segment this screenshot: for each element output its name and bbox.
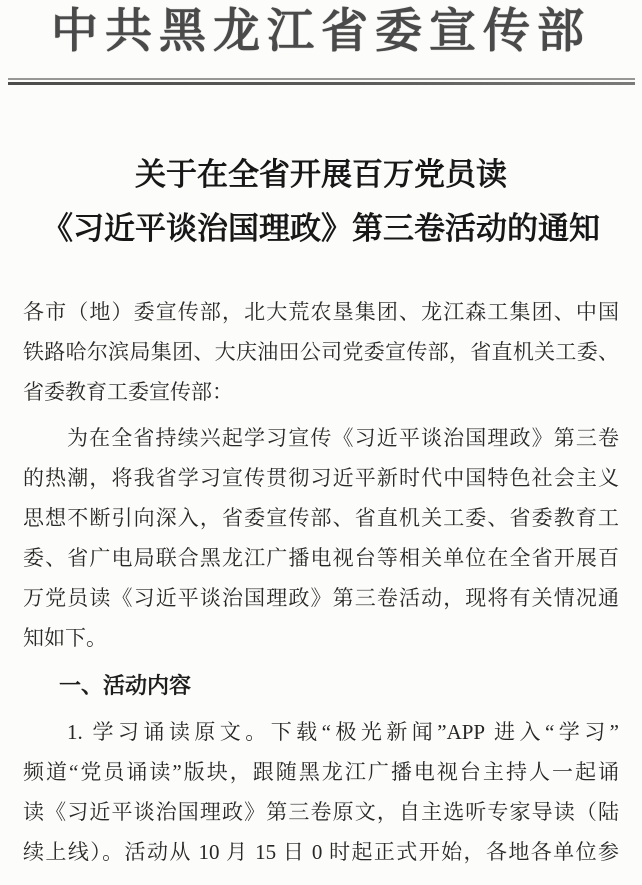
text-line: 续上线）。活动从 10 月 15 日 0 时起正式开始，各地各单位参: [23, 832, 619, 872]
text-line: 委、省广电局联合黑龙江广播电视台等相关单位在全省开展百: [23, 538, 619, 578]
header-divider-thick-rule: [8, 82, 635, 85]
document-title-line-2: 《习近平谈治国理政》第三卷活动的通知: [0, 202, 642, 256]
document-title-line-1: 关于在全省开展百万党员读: [0, 148, 642, 202]
text-line: 知如下。: [23, 618, 619, 658]
text-line: 1. 学习诵读原文。下载“极光新闻”APP 进入“学习”: [23, 712, 619, 752]
document-title: 关于在全省开展百万党员读 《习近平谈治国理政》第三卷活动的通知: [0, 148, 642, 256]
intro-paragraph: 为在全省持续兴起学习宣传《习近平谈治国理政》第三卷 的热潮，将我省学习宣传贯彻习…: [23, 418, 619, 658]
header-divider: [8, 78, 635, 85]
text-line: 读《习近平谈治国理政》第三卷原文，自主选听专家导读（陆: [23, 792, 619, 832]
text-line: 思想不断引向深入，省委宣传部、省直机关工委、省委教育工: [23, 498, 619, 538]
letterhead-org-name: 中共黑龙江省委宣传部: [0, 1, 642, 63]
text-line: 铁路哈尔滨局集团、大庆油田公司党委宣传部，省直机关工委、: [23, 332, 619, 372]
addressee-paragraph: 各市（地）委宣传部，北大荒农垦集团、龙江森工集团、中国 铁路哈尔滨局集团、大庆油…: [23, 292, 619, 412]
text-line: 频道“党员诵读”版块，跟随黑龙江广播电视台主持人一起诵: [23, 752, 619, 792]
item1-paragraph: 1. 学习诵读原文。下载“极光新闻”APP 进入“学习” 频道“党员诵读”版块，…: [23, 712, 619, 872]
text-line: 万党员读《习近平谈治国理政》第三卷活动，现将有关情况通: [23, 578, 619, 618]
text-line: 的热潮，将我省学习宣传贯彻习近平新时代中国特色社会主义: [23, 458, 619, 498]
text-line: 省委教育工委宣传部：: [23, 372, 619, 412]
document-page: 中共黑龙江省委宣传部 关于在全省开展百万党员读 《习近平谈治国理政》第三卷活动的…: [0, 0, 642, 885]
document-body: 各市（地）委宣传部，北大荒农垦集团、龙江森工集团、中国 铁路哈尔滨局集团、大庆油…: [23, 292, 619, 872]
text-line: 各市（地）委宣传部，北大荒农垦集团、龙江森工集团、中国: [23, 292, 619, 332]
header-divider-thin-rule: [8, 78, 635, 80]
text-line: 为在全省持续兴起学习宣传《习近平谈治国理政》第三卷: [23, 418, 619, 458]
section-heading-activity-content: 一、活动内容: [23, 666, 619, 706]
